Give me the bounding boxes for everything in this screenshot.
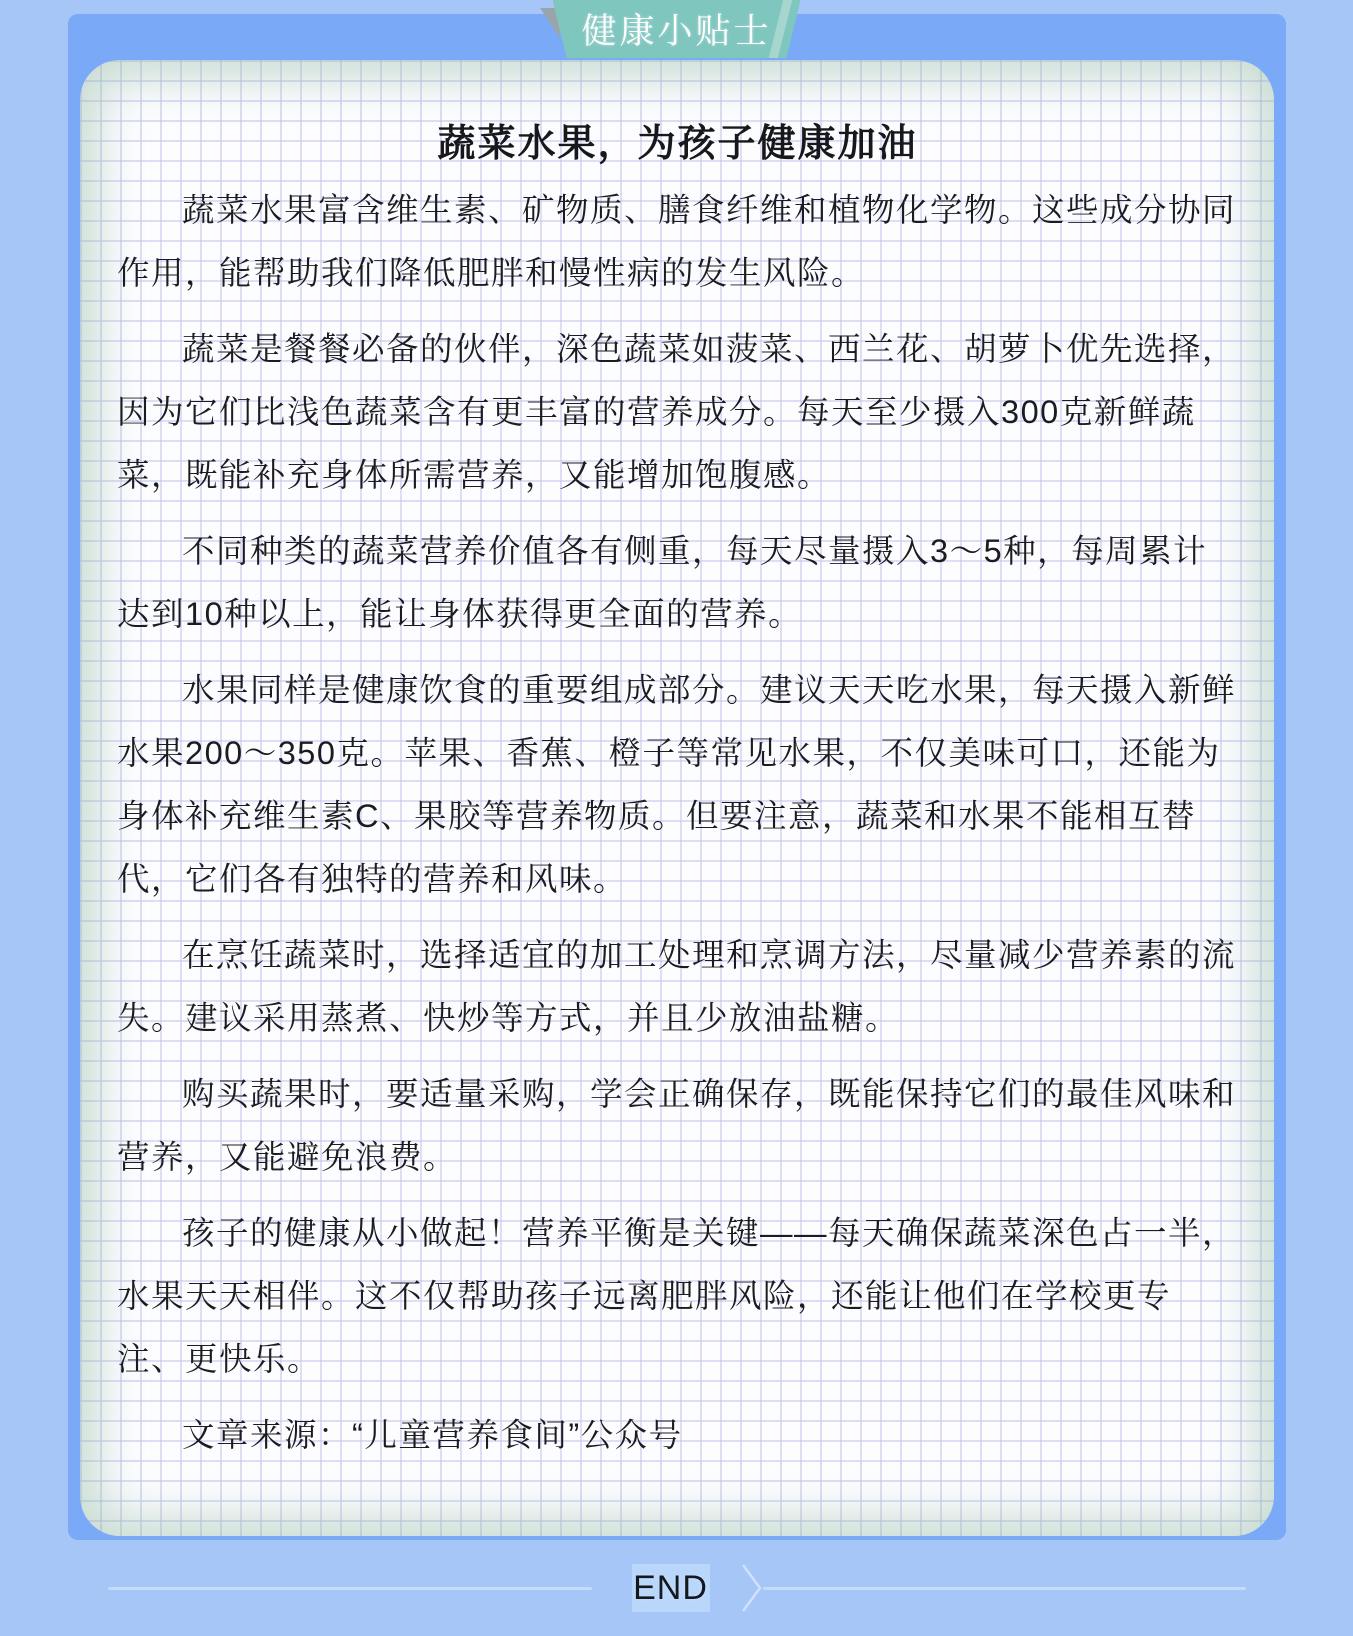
end-badge: END [632, 1564, 710, 1612]
article-paragraph: 水果同样是健康饮食的重要组成部分。建议天天吃水果，每天摄入新鲜水果200～350… [117, 659, 1238, 911]
end-footer: END [0, 1540, 1353, 1636]
article-paragraph: 蔬菜是餐餐必备的伙伴，深色蔬菜如菠菜、西兰花、胡萝卜优先选择，因为它们比浅色蔬菜… [117, 318, 1238, 507]
end-divider-left [108, 1587, 592, 1590]
article-paragraph: 蔬菜水果富含维生素、矿物质、膳食纤维和植物化学物。这些成分协同作用，能帮助我们降… [117, 179, 1238, 305]
source-line: 文章来源：“儿童营养食间”公众号 [117, 1404, 1238, 1467]
article-paragraph: 在烹饪蔬菜时，选择适宜的加工处理和烹调方法，尽量减少营养素的流失。建议采用蒸煮、… [117, 924, 1238, 1050]
article-card: 蔬菜水果，为孩子健康加油 蔬菜水果富含维生素、矿物质、膳食纤维和植物化学物。这些… [80, 60, 1274, 1536]
card-frame: 蔬菜水果，为孩子健康加油 蔬菜水果富含维生素、矿物质、膳食纤维和植物化学物。这些… [68, 14, 1286, 1540]
end-divider-row: END [108, 1562, 1246, 1614]
article-body: 蔬菜水果，为孩子健康加油 蔬菜水果富含维生素、矿物质、膳食纤维和植物化学物。这些… [80, 60, 1274, 1467]
article-paragraph: 孩子的健康从小做起！营养平衡是关键——每天确保蔬菜深色占一半，水果天天相伴。这不… [117, 1202, 1238, 1391]
article-title: 蔬菜水果，为孩子健康加油 [117, 112, 1238, 167]
article-paragraph: 购买蔬果时，要适量采购，学会正确保存，既能保持它们的最佳风味和营养，又能避免浪费… [117, 1063, 1238, 1189]
article-paragraph: 不同种类的蔬菜营养价值各有侧重，每天尽量摄入3～5种，每周累计达到10种以上，能… [117, 520, 1238, 646]
health-tips-ribbon: 健康小贴士 [553, 0, 801, 58]
ribbon-body: 健康小贴士 [553, 0, 801, 58]
end-divider-right [763, 1587, 1247, 1590]
end-label: END [633, 1569, 708, 1608]
page: { "badge": { "label": "健康小贴士" }, "articl… [0, 0, 1353, 1636]
ribbon-label: 健康小贴士 [581, 4, 771, 54]
chevron-right-icon [741, 1563, 763, 1613]
